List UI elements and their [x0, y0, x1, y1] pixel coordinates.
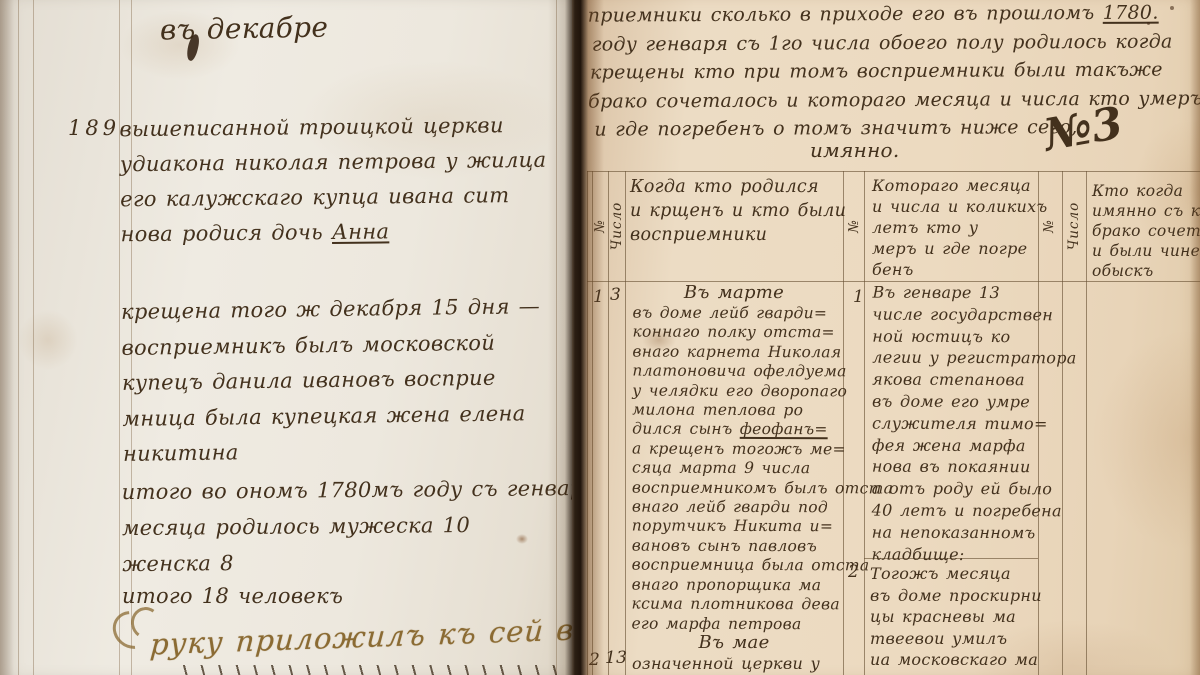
right-page: приемники сколько в приходе его въ прошл…: [572, 0, 1200, 675]
column-label-number: №: [592, 181, 608, 271]
entry-number: 18: [68, 116, 103, 140]
birth-entry-text: вышеписанной троицкой церквиудиакона ник…: [119, 108, 547, 252]
birth-row2-day: 13: [605, 648, 627, 668]
month-heading: въ декабре: [160, 11, 329, 47]
table-column-line: [1086, 171, 1087, 675]
manuscript-scan: въ декабре 189 вышеписанной троицкой цер…: [0, 0, 1200, 675]
marriages-column-header: Кто когдаимянно съ кемъбрако сочетави бы…: [1092, 181, 1200, 281]
page-edge: [0, 0, 14, 675]
birth-row1-text: въ доме лейб гварди=коннаго полку отста=…: [631, 304, 893, 635]
paper-speck: [1170, 6, 1174, 10]
paper-speck: [1147, 22, 1150, 25]
death-row2-number: 2: [848, 562, 859, 582]
births-column-header: Когда кто родилсяи крщенъ и кто быливосп…: [630, 175, 846, 247]
page-edge: [1190, 0, 1200, 675]
birth-row2-month: Въ мае: [625, 632, 843, 653]
ruled-line: [18, 0, 19, 675]
clipped-bottom-line: [170, 665, 560, 675]
preamble-closing-word: имянно.: [810, 138, 900, 162]
table-border: [587, 171, 588, 675]
baptism-entry-text: крещена того ж декабря 15 дня —восприемн…: [121, 289, 542, 472]
column-label-number: №: [846, 181, 862, 271]
left-page: въ декабре 189 вышеписанной троицкой цер…: [0, 0, 572, 675]
birth-row1-number: 1: [593, 287, 604, 307]
ruled-line: [33, 0, 34, 675]
birth-row1-month: Въ марте: [625, 282, 843, 303]
birth-row2-number: 2: [589, 650, 600, 670]
column-label-chislo: Число: [609, 181, 625, 271]
entry-number-2: 9: [103, 116, 120, 140]
death-row2-text: Тогожъ месяцавъ доме проскирницы краснев…: [870, 563, 1042, 671]
death-row1-number: 1: [853, 287, 864, 307]
birth-row2-text: означенной церкви у: [632, 654, 820, 673]
deaths-column-header: Котораго месяцаи числа и коликихълетъ кт…: [872, 175, 1047, 280]
entry-margin-number: 189: [68, 116, 120, 140]
yearly-summary-text: итого во ономъ 1780мъ году съ генварямес…: [122, 470, 599, 582]
death-row1-text: Въ генваре 13числе государственной юстиц…: [872, 282, 1077, 566]
table-column-line: [625, 171, 626, 675]
column-label-chislo: Число: [1066, 181, 1082, 271]
total-line: итого 18 человекъ: [122, 584, 343, 608]
birth-row1-day: 3: [610, 285, 621, 305]
ruled-line: [119, 0, 120, 675]
table-top-line: [587, 171, 1200, 172]
